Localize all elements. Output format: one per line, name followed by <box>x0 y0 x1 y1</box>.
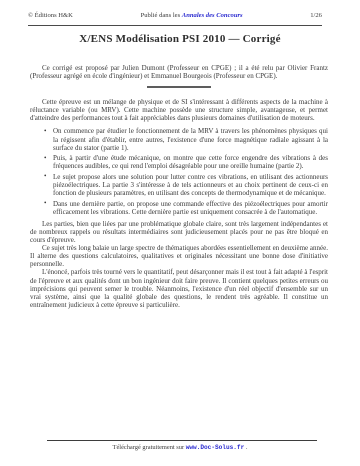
section-divider <box>147 86 211 88</box>
footer-suffix: . <box>244 444 247 451</box>
list-item: • Dans une dernière partie, on propose u… <box>44 200 328 216</box>
document-body: Ce corrigé est proposé par Julien Dumont… <box>30 64 328 309</box>
copyright-notice: © Éditions H&K <box>28 12 73 19</box>
bullet-icon: • <box>44 172 46 180</box>
page-footer: Téléchargé gratuitement sur www.Doc-Solu… <box>0 444 360 451</box>
bullet-icon: • <box>44 154 46 162</box>
list-item: • Le sujet propose alors une solution po… <box>44 173 328 197</box>
footer-prefix: Téléchargé gratuitement sur <box>113 444 186 451</box>
list-item: • On commence par étudier le fonctionnem… <box>44 127 328 151</box>
intro-paragraph: Ce corrigé est proposé par Julien Dumont… <box>30 64 328 80</box>
bullet-text: Le sujet propose alors une solution pour… <box>53 173 328 197</box>
closing-paragraph: Les parties, bien que liées par une prob… <box>30 220 328 244</box>
published-in: Publié dans les Annales des Concours <box>141 12 243 19</box>
bullet-text: Dans une dernière partie, on propose une… <box>53 200 328 216</box>
header-rule <box>28 25 322 26</box>
document-title: X/ENS Modélisation PSI 2010 — Corrigé <box>0 33 360 45</box>
bullet-list: • On commence par étudier le fonctionnem… <box>30 127 328 215</box>
doc-solus-link[interactable]: www.Doc-Solus.fr <box>186 444 245 451</box>
bullet-icon: • <box>44 199 46 207</box>
overview-paragraph: Cette épreuve est un mélange de physique… <box>30 98 328 122</box>
annales-des-concours-link[interactable]: Annales des Concours <box>182 12 243 19</box>
closing-paragraph: Ce sujet très long balaie un large spect… <box>30 244 328 268</box>
bullet-text: Puis, à partir d'une étude mécanique, on… <box>53 154 328 170</box>
bullet-icon: • <box>44 127 46 135</box>
closing-section: Les parties, bien que liées par une prob… <box>30 220 328 309</box>
closing-paragraph: L'énoncé, parfois très tourné vers le qu… <box>30 268 328 308</box>
bullet-text: On commence par étudier le fonctionnemen… <box>53 127 328 151</box>
published-prefix: Publié dans les <box>141 12 182 19</box>
list-item: • Puis, à partir d'une étude mécanique, … <box>44 154 328 170</box>
footer-rule <box>47 440 317 441</box>
page-number: 1/26 <box>310 12 322 19</box>
page-header: © Éditions H&K Publié dans les Annales d… <box>28 12 322 19</box>
